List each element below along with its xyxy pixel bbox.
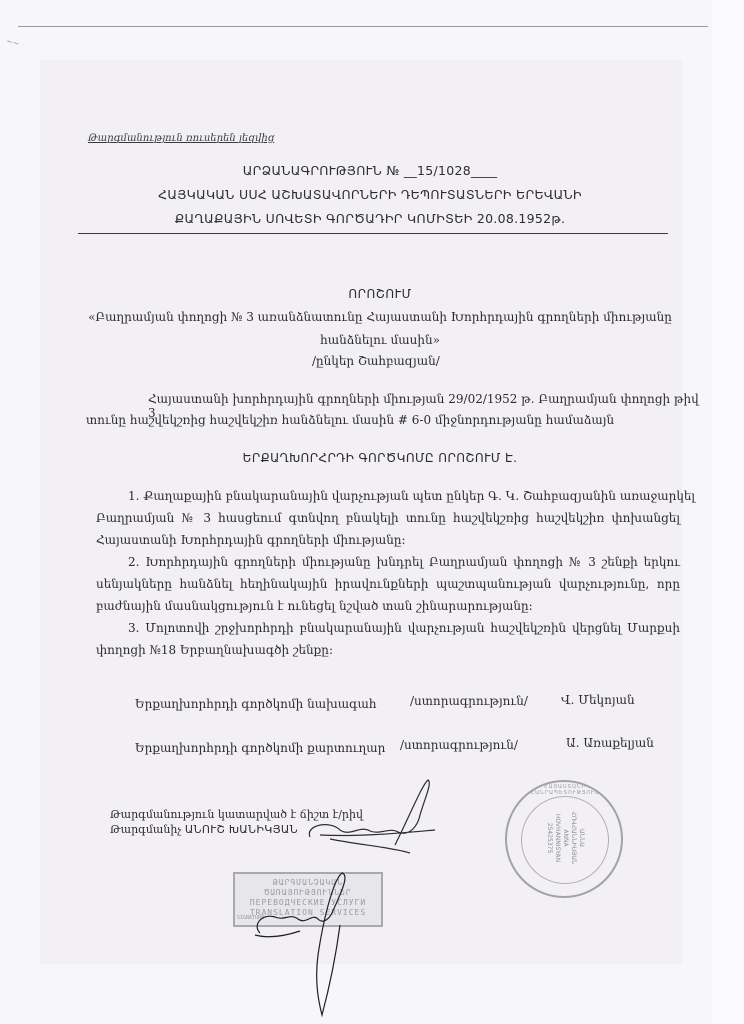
item1-line2: Բաղրամյան № 3 հասցեում գտնվող բնակելի տո… — [96, 511, 680, 525]
translator-signature-icon — [300, 775, 440, 855]
translation-note: Թարգմանություն ռուսերեն լեզվից — [88, 133, 274, 144]
resolve-heading: ԵՐՔԱՂԽՈՐՀՐԴԻ ԳՈՐԾԿՈՄԸ ՈՐՈՇՈՒՄ Է. — [80, 451, 680, 465]
header-divider — [78, 233, 668, 234]
signatory-chairman-mark: /ստորագրություն/ — [410, 694, 528, 708]
decision-subject-line2: հանձնելու մասին» — [80, 333, 680, 347]
item3-line1: 3. Մոլոտովի շրջխորհրդի բնակարանային վարչ… — [128, 621, 680, 635]
item1-line3: Հայաստանի Խորհրդային գրողների միությանը: — [96, 533, 680, 547]
signatory-chairman-role: Երքաղխորհրդի գործկոմի նախագահ — [135, 697, 377, 711]
notary-round-seal: ՀԱՅԱՍՏԱՆԻ ՀԱՆՐԱՊԵՏՈՒԹՅՈՒՆ ԱՆՆԱ ՀՈՎՀԱՆՆԻՍ… — [505, 780, 623, 898]
signatory-secretary-name: Ա. Առաքելյան — [566, 736, 654, 750]
item2-line2: սենյակները հանձնել հեղինակային իրավունքն… — [96, 577, 680, 591]
item1-line1: 1. Քաղաքային բնակարանային վարչության պետ… — [128, 489, 680, 503]
item3-line2: փողոցի №18 Երբաղնախագծի շենքը: — [96, 643, 680, 657]
item2-line3: բաժնային մասնակցություն է ունեցել նշված … — [96, 599, 680, 613]
seal-center-text: ԱՆՆԱ ՀՈՎՀԱՆՆԻՍՅԱՆ ANNA HOVHANNISYAN 2542… — [545, 810, 585, 866]
translator-label: Թարգմանիչ — [110, 823, 181, 836]
translator-line: Թարգմանիչ ԱՆՈՒՇ ԽԱՆԻԿՅԱՆ — [110, 823, 298, 836]
item2-line1: 2. Խորհրդային գրողների միությանը խնդրել … — [128, 555, 680, 569]
seal-ring-text: ՀԱՅԱՍՏԱՆԻ ՀԱՆՐԱՊԵՏՈՒԹՅՈՒՆ — [515, 784, 615, 796]
signatory-chairman-name: Վ. Մեկոյան — [561, 693, 635, 707]
decision-comrade: /ընկեր Շահբազյան/ — [312, 354, 440, 368]
page-margin — [712, 0, 744, 1024]
stamp-signature-icon — [240, 855, 380, 1024]
translator-name: ԱՆՈՒՇ ԽԱՆԻԿՅԱՆ — [185, 823, 298, 836]
signatory-secretary-role: Երքաղխորհրդի գործկոմի քարտուղար — [135, 741, 385, 755]
header-issuer-line2: ՔԱՂԱՔԱՅԻՆ ՍՈՎԵՏԻ ԳՈՐԾԱԴԻՐ ԿՈՄԻՏԵԻ 20.08.… — [80, 211, 660, 226]
header-issuer-line1: ՀԱՅԿԱԿԱՆ ՍՍՀ ԱՇԽԱՏԱՎՈՐՆԵՐԻ ԴԵՊՈՒՏԱՏՆԵՐԻ … — [80, 187, 660, 202]
scan-edge-line — [18, 26, 708, 27]
decision-subject-line1: «Բաղրամյան փողոցի № 3 առանձնատունը Հայաս… — [80, 310, 680, 324]
decision-title: ՈՐՈՇՈՒՄ — [80, 287, 680, 301]
intro-line2: տունը հաշվեկշռից հաշվեկշիռ հանձնելու մաս… — [86, 413, 646, 427]
protocol-number: ԱՐՁԱՆԱԳՐՈՒԹՅՈՒՆ № __15/1028____ — [80, 163, 660, 178]
signatory-secretary-mark: /ստորագրություն/ — [400, 738, 518, 752]
